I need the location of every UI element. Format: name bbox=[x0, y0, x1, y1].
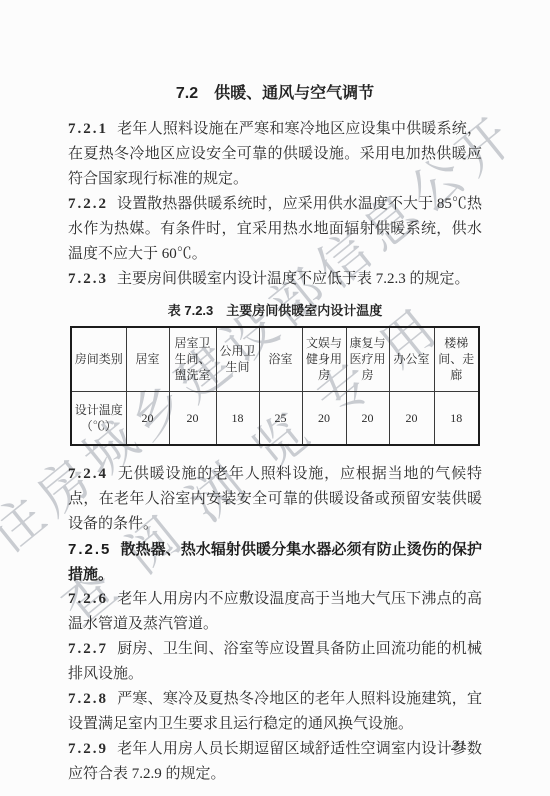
table-value-cell: 18 bbox=[216, 391, 259, 445]
table-row-label: 设计温度（℃） bbox=[71, 391, 126, 445]
clause-text: 严寒、寒冷及夏热冬冷地区的老年人照料设施建筑，宜设置满足室内卫生要求且运行稳定的… bbox=[68, 691, 482, 732]
clause-7-2-1: 7.2.1老年人照料设施在严寒和寒冷地区应设集中供暖系统，在夏热冬冷地区应设安全… bbox=[68, 117, 482, 192]
clause-number: 7.2.9 bbox=[68, 741, 108, 757]
clause-text: 厨房、卫生间、浴室等应设置具备防止回流功能的机械排风设施。 bbox=[68, 641, 482, 682]
clause-number: 7.2.6 bbox=[68, 591, 108, 607]
clause-7-2-4: 7.2.4无供暖设施的老年人照料设施，应根据当地的气候特点，在老年人浴室内安装安… bbox=[68, 462, 482, 537]
table-7-2-3: 房间类别 居室 居室卫生间、盥洗室 公用卫生间 浴室 文娱与健身用房 康复与医疗… bbox=[70, 326, 480, 446]
clause-number: 7.2.3 bbox=[68, 271, 108, 287]
clause-text: 老年人用房内不应敷设温度高于当地大气压下沸点的高温水管道及蒸汽管道。 bbox=[68, 591, 482, 632]
table-header-cell: 公用卫生间 bbox=[216, 327, 259, 391]
clause-7-2-3: 7.2.3主要房间供暖室内设计温度不应低于表 7.2.3 的规定。 bbox=[68, 267, 482, 292]
table-value-cell: 20 bbox=[302, 391, 346, 445]
table-value-cell: 25 bbox=[259, 391, 302, 445]
clause-7-2-2: 7.2.2设置散热器供暖系统时，应采用供水温度不大于 85℃热水作为热媒。有条件… bbox=[68, 192, 482, 267]
page-number: 21 bbox=[451, 738, 466, 755]
table-header-cell: 文娱与健身用房 bbox=[302, 327, 346, 391]
table-header-cell: 居室卫生间、盥洗室 bbox=[169, 327, 216, 391]
table-value-cell: 20 bbox=[169, 391, 216, 445]
clause-number: 7.2.8 bbox=[68, 691, 108, 707]
clause-number: 7.2.5 bbox=[68, 541, 111, 558]
clause-number: 7.2.1 bbox=[68, 121, 108, 137]
clause-text: 主要房间供暖室内设计温度不应低于表 7.2.3 的规定。 bbox=[117, 271, 470, 287]
clause-7-2-7: 7.2.7厨房、卫生间、浴室等应设置具备防止回流功能的机械排风设施。 bbox=[68, 637, 482, 687]
table-header-cell: 居室 bbox=[126, 327, 169, 391]
table-value-cell: 18 bbox=[434, 391, 479, 445]
table-value-cell: 20 bbox=[346, 391, 389, 445]
table-data-row: 设计温度（℃） 20 20 18 25 20 20 20 18 bbox=[71, 391, 479, 445]
table-header-cell: 浴室 bbox=[259, 327, 302, 391]
clause-7-2-5: 7.2.5散热器、热水辐射供暖分集水器必须有防止烫伤的保护措施。 bbox=[68, 537, 482, 587]
clause-text: 老年人照料设施在严寒和寒冷地区应设集中供暖系统，在夏热冬冷地区应设安全可靠的供暖… bbox=[68, 121, 482, 187]
clause-text: 设置散热器供暖系统时，应采用供水温度不大于 85℃热水作为热媒。有条件时，宜采用… bbox=[68, 196, 482, 262]
clause-text: 散热器、热水辐射供暖分集水器必须有防止烫伤的保护措施。 bbox=[68, 541, 482, 583]
table-header-cell: 楼梯间、走廊 bbox=[434, 327, 479, 391]
table-header-cell: 康复与医疗用房 bbox=[346, 327, 389, 391]
table-header-row: 房间类别 居室 居室卫生间、盥洗室 公用卫生间 浴室 文娱与健身用房 康复与医疗… bbox=[71, 327, 479, 391]
table-value-cell: 20 bbox=[389, 391, 434, 445]
table-header-cell: 办公室 bbox=[389, 327, 434, 391]
clause-7-2-6: 7.2.6老年人用房内不应敷设温度高于当地大气压下沸点的高温水管道及蒸汽管道。 bbox=[68, 587, 482, 637]
clause-text: 无供暖设施的老年人照料设施，应根据当地的气候特点，在老年人浴室内安装安全可靠的供… bbox=[68, 466, 482, 532]
section-heading: 7.2 供暖、通风与空气调节 bbox=[68, 80, 482, 103]
clause-number: 7.2.7 bbox=[68, 641, 108, 657]
table-corner-cell: 房间类别 bbox=[71, 327, 126, 391]
page-content: 7.2 供暖、通风与空气调节 7.2.1老年人照料设施在严寒和寒冷地区应设集中供… bbox=[0, 0, 550, 787]
clause-number: 7.2.4 bbox=[68, 466, 108, 482]
clause-number: 7.2.2 bbox=[68, 196, 108, 212]
document-page: 住房城乡建设部信息公开 查阅浏览专用 7.2 供暖、通风与空气调节 7.2.1老… bbox=[0, 0, 550, 796]
table-value-cell: 20 bbox=[126, 391, 169, 445]
clause-7-2-9: 7.2.9老年人用房人员长期逗留区域舒适性空调室内设计参数应符合表 7.2.9 … bbox=[68, 737, 482, 787]
clause-7-2-8: 7.2.8严寒、寒冷及夏热冬冷地区的老年人照料设施建筑，宜设置满足室内卫生要求且… bbox=[68, 687, 482, 737]
table-caption: 表 7.2.3 主要房间供暖室内设计温度 bbox=[68, 300, 482, 319]
clause-text: 老年人用房人员长期逗留区域舒适性空调室内设计参数应符合表 7.2.9 的规定。 bbox=[68, 741, 482, 782]
